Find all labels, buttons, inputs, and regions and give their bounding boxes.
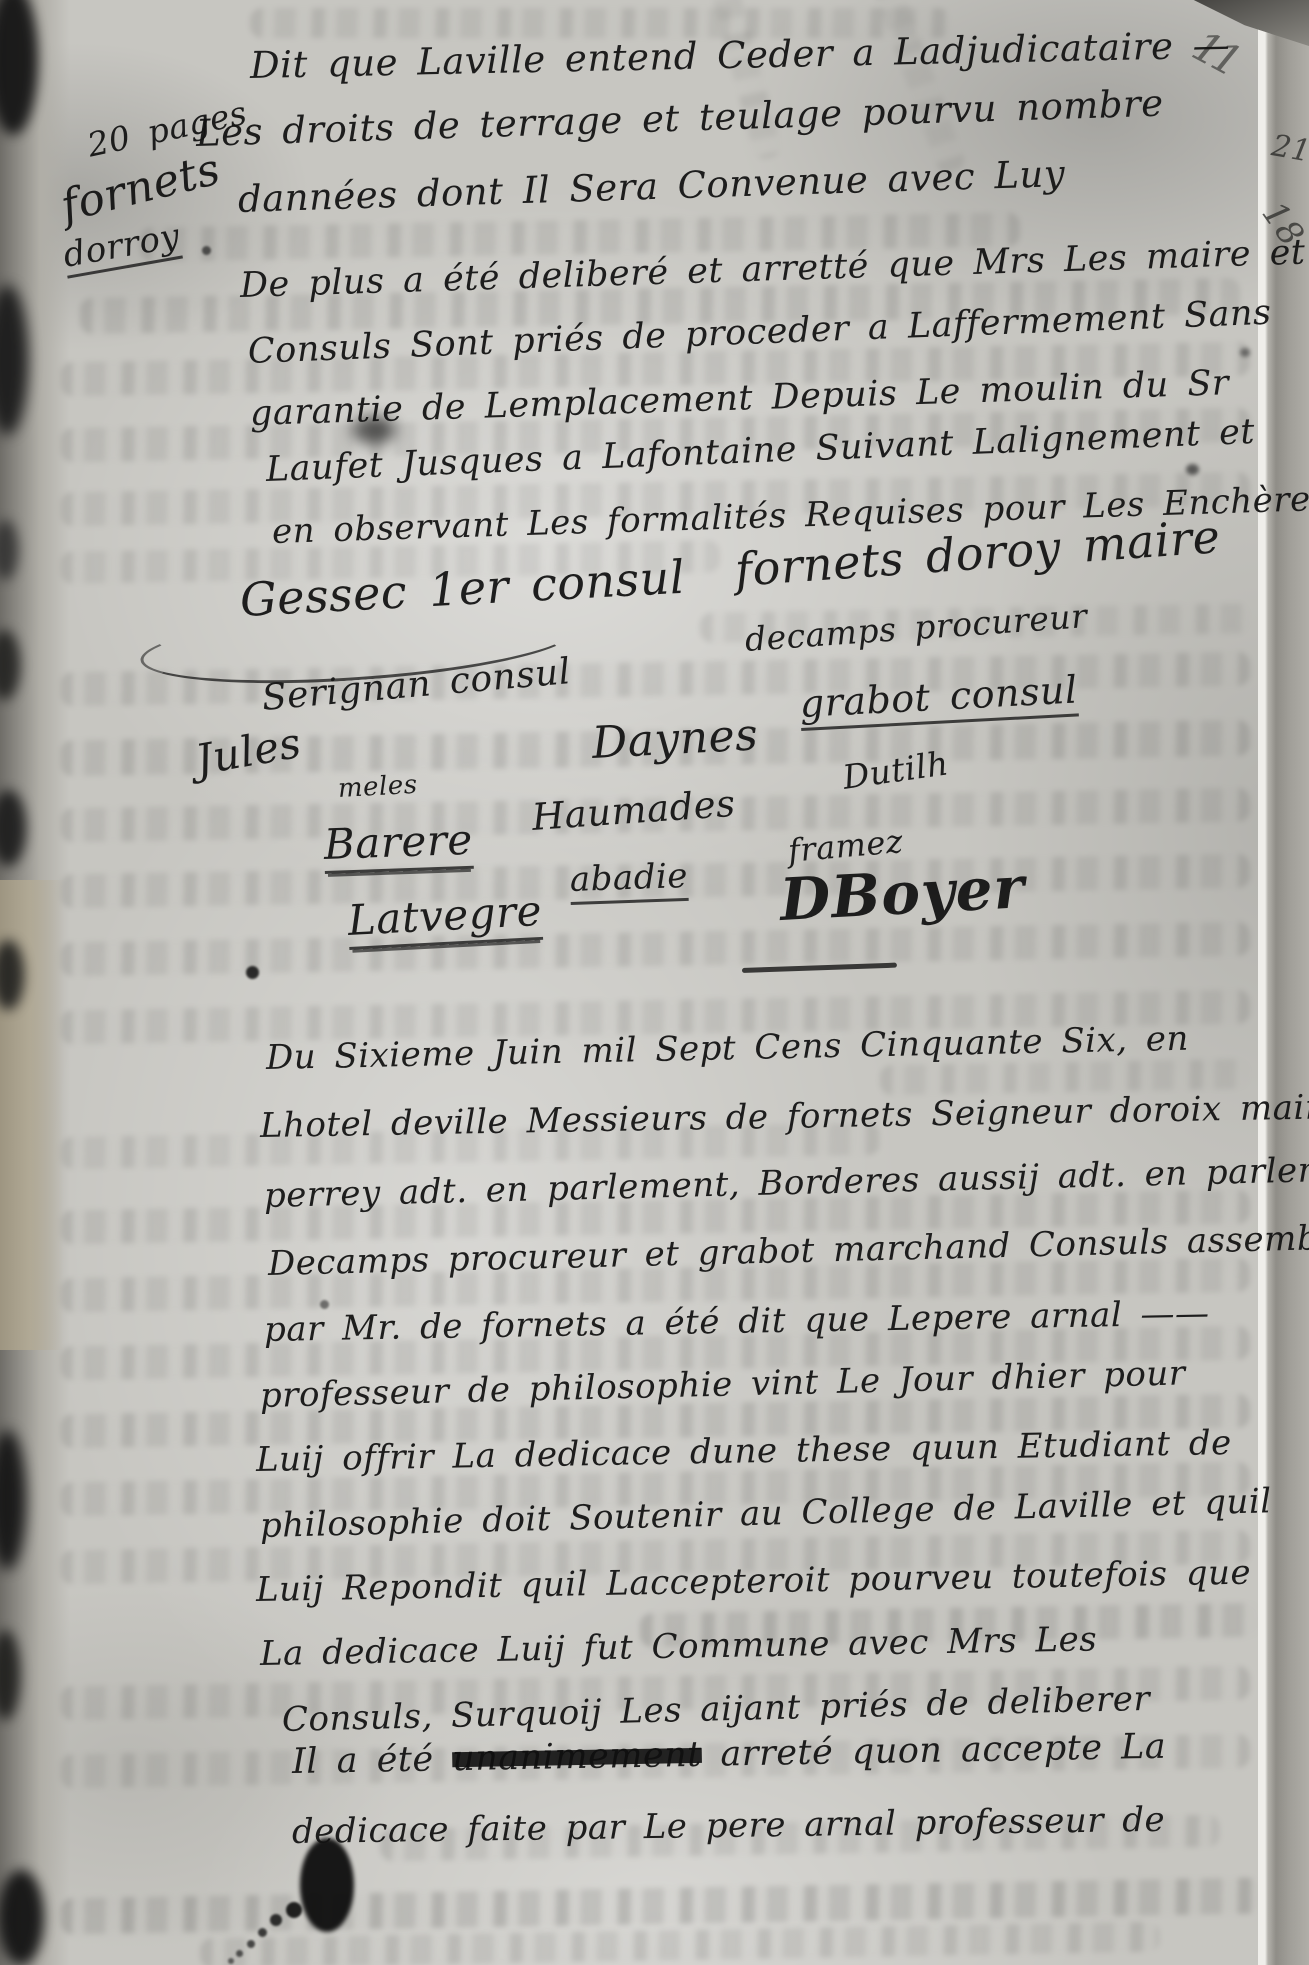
ink-blot [258,1928,267,1937]
ink-blot [0,1870,44,1965]
ink-blot [320,1300,329,1309]
bleedthrough-band [60,922,1250,977]
signature-paraph-stroke [742,963,897,973]
text-line: dannées dont Il Sera Convenue avec Luy [237,152,1065,221]
text-line: Du Sixieme Juin mil Sept Cens Cinquante … [266,1019,1190,1078]
adjacent-folio-number: 21 [1269,128,1309,169]
text-line: La dedicace Luij fut Commune avec Mrs Le… [260,1619,1098,1674]
text-line: Luij Repondit quil Laccepteroit pourveu … [256,1553,1252,1610]
text-line: professeur de philosophie vint Le Jour d… [260,1353,1186,1416]
signature-daynes: Daynes [591,709,760,769]
text-line: dedicace faite par Le pere arnal profess… [292,1800,1166,1852]
ink-blot [202,246,211,255]
text-line: De plus a été deliberé et arretté que Mr… [239,233,1306,306]
paper-texture [0,0,1309,1965]
signature-abadie: abadie [569,856,689,905]
ink-blot [1186,464,1199,475]
signature-barere: Barere [323,815,474,874]
struck-word: unanimement [452,1735,702,1779]
text-line: par Mr. de fornets a été dit que Lepere … [264,1293,1210,1349]
ink-blot [246,966,259,979]
ink-blot [300,1838,354,1932]
manuscript-page: 11 21 18 20 pages fornets dorroy Il a ét… [0,0,1309,1965]
ink-blot [247,1940,255,1948]
ink-blot [228,1958,234,1964]
text-line: perrey adt. en parlement, Borderes aussi… [264,1150,1309,1216]
signature-latvegre: Latvegre [347,886,544,950]
bleedthrough-band [60,1878,1260,1935]
ink-blot [236,1950,243,1957]
signature-haumades: Haumades [531,782,737,839]
signature-jules: Jules [192,718,305,785]
bleedthrough-band [200,1922,1160,1965]
signature-dutilh: Dutilh [840,743,951,796]
text-line: Consuls Sont priés de proceder a Lafferm… [247,293,1272,372]
decision-pre-text: Il a été [292,1739,453,1782]
signature-grabot-consul: grabot consul [799,667,1079,730]
text-line: Luij offrir La dedicace dune these quun … [256,1423,1232,1480]
signature-dboyer: DBoyer [778,853,1026,934]
text-line: Dit que Laville entend Ceder a Ladjudica… [250,23,1231,87]
ink-blot [1240,348,1250,357]
text-line: Lhotel deville Messieurs de fornets Seig… [260,1087,1309,1146]
margin-signature-line1: fornets [56,144,225,233]
decision-post-text: arreté quon accepte La [701,1727,1166,1775]
signature-meles: meles [337,770,418,804]
text-line: Decamps procureur et grabot marchand Con… [268,1217,1309,1284]
signature-decamps-procureur: decamps procureur [744,596,1089,659]
text-line: Les droits de terrage et teulage pourvu … [195,82,1164,155]
ink-blot [286,1902,302,1918]
text-line: philosophie doit Soutenir au College de … [260,1481,1273,1546]
ink-blot [270,1914,282,1926]
